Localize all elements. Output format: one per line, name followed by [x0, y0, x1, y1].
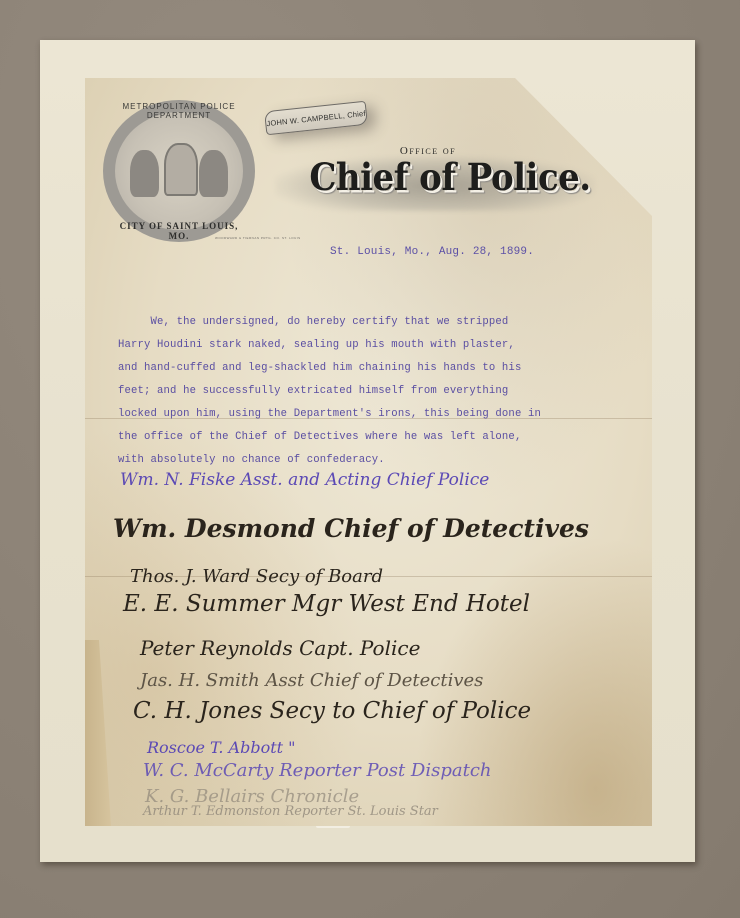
body-line: feet; and he successfully extricated him… [118, 380, 618, 403]
signature-summer: E. E. Summer Mgr West End Hotel [123, 591, 530, 617]
certificate-document: METROPOLITAN POLICE DEPARTMENT CITY OF S… [85, 78, 652, 826]
chief-name-banner: JOHN W. CAMPBELL, Chief [264, 101, 368, 136]
bear-icon [199, 150, 227, 197]
body-line: Harry Houdini stark naked, sealing up hi… [118, 334, 618, 357]
body-line: We, the undersigned, do hereby certify t… [118, 311, 618, 334]
certification-text: We, the undersigned, do hereby certify t… [118, 311, 618, 472]
police-department-seal: METROPOLITAN POLICE DEPARTMENT CITY OF S… [103, 100, 255, 242]
dateline: St. Louis, Mo., Aug. 28, 1899. [330, 246, 534, 258]
signature-jones: C. H. Jones Secy to Chief of Police [133, 698, 531, 724]
signature-desmond: Wm. Desmond Chief of Detectives [113, 514, 589, 543]
coat-of-arms-icon [164, 143, 199, 197]
signature-edmonston: Arthur T. Edmonston Reporter St. Louis S… [143, 804, 438, 819]
signature-fiske: Wm. N. Fiske Asst. and Acting Chief Poli… [120, 470, 489, 490]
body-line: the office of the Chief of Detectives wh… [118, 426, 618, 449]
body-line: with absolutely no chance of confederacy… [118, 449, 618, 472]
printer-credit: WOODWARD & TIERNAN PRTG. CO. ST. LOUIS [215, 236, 301, 240]
bear-icon [130, 150, 158, 197]
banner-text: JOHN W. CAMPBELL, Chief [266, 108, 366, 127]
letterhead-title: Chief of Police. [300, 156, 600, 200]
signature-reynolds: Peter Reynolds Capt. Police [140, 636, 420, 660]
paper-repair-strip [85, 640, 111, 826]
body-line: locked upon him, using the Department's … [118, 403, 618, 426]
body-line: and hand-cuffed and leg-shackled him cha… [118, 357, 618, 380]
signature-abbott: Roscoe T. Abbott " [147, 738, 296, 757]
signature-mccarty: W. C. McCarty Reporter Post Dispatch [143, 760, 492, 781]
seal-top-text: METROPOLITAN POLICE DEPARTMENT [115, 102, 243, 120]
signature-ward: Thos. J. Ward Secy of Board [130, 566, 383, 587]
signature-smith: Jas. H. Smith Asst Chief of Detectives [140, 670, 483, 691]
